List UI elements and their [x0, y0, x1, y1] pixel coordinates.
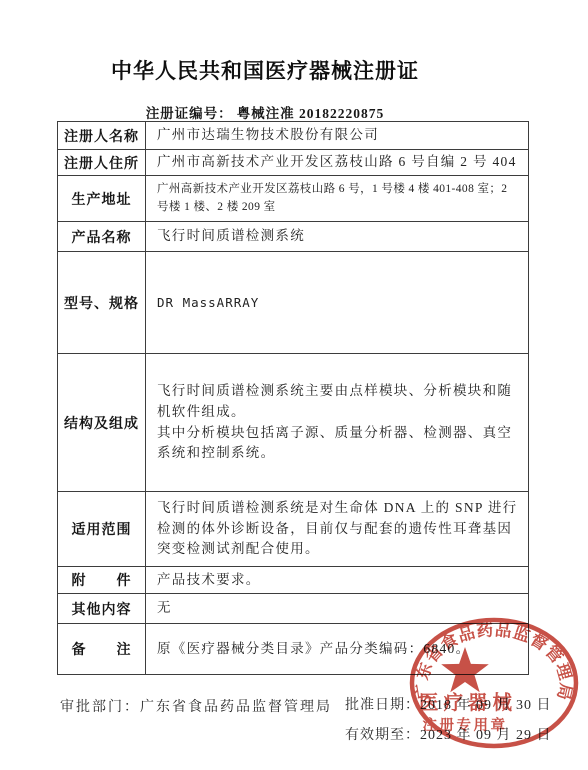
- table-row-registrant-address: 注册人住所 广州市高新技术产业开发区荔枝山路 6 号自编 2 号 404: [58, 149, 528, 175]
- table-row-model-spec: 型号、规格 DR MassARRAY: [58, 251, 528, 353]
- registration-number-line: 注册证编号：粤械注准 20182220875: [0, 102, 530, 122]
- certificate-title: 中华人民共和国医疗器械注册证: [0, 55, 530, 85]
- row-label: 产品名称: [58, 222, 146, 251]
- row-value: 产品技术要求。: [146, 567, 528, 593]
- row-value: 广州高新技术产业开发区荔枝山路 6 号，1 号楼 4 楼 401-408 室；2…: [146, 176, 528, 221]
- certificate-info-table: 注册人名称 广州市达瑞生物技术股份有限公司 注册人住所 广州市高新技术产业开发区…: [57, 121, 529, 675]
- table-row-remarks: 备 注 原《医疗器械分类目录》产品分类编码：6840。: [58, 623, 528, 674]
- approval-date-value: 2018 年 09 月 30 日: [420, 698, 552, 713]
- approval-department-label: 审批部门：: [60, 700, 140, 715]
- certificate-dates: 批准日期：2018 年 09 月 30 日 有效期至：2023 年 09 月 2…: [345, 696, 552, 756]
- table-row-registrant-name: 注册人名称 广州市达瑞生物技术股份有限公司: [58, 122, 528, 149]
- row-label: 型号、规格: [58, 252, 146, 353]
- table-row-production-address: 生产地址 广州高新技术产业开发区荔枝山路 6 号，1 号楼 4 楼 401-40…: [58, 175, 528, 221]
- row-value: 飞行时间质谱检测系统主要由点样模块、分析模块和随机软件组成。 其中分析模块包括离…: [146, 354, 528, 491]
- row-value: 原《医疗器械分类目录》产品分类编码：6840。: [146, 624, 528, 674]
- valid-until-value: 2023 年 09 月 29 日: [420, 728, 552, 743]
- row-value: 广州市高新技术产业开发区荔枝山路 6 号自编 2 号 404: [146, 150, 528, 175]
- approval-date: 批准日期：2018 年 09 月 30 日: [345, 696, 552, 726]
- approval-date-label: 批准日期：: [345, 698, 420, 713]
- row-value: 飞行时间质谱检测系统: [146, 222, 528, 251]
- row-value: 飞行时间质谱检测系统是对生命体 DNA 上的 SNP 进行检测的体外诊断设备，目…: [146, 492, 528, 566]
- row-label: 备 注: [58, 624, 146, 674]
- certificate-page: 中华人民共和国医疗器械注册证 注册证编号：粤械注准 20182220875 注册…: [0, 0, 588, 770]
- table-row-intended-use: 适用范围 飞行时间质谱检测系统是对生命体 DNA 上的 SNP 进行检测的体外诊…: [58, 491, 528, 566]
- certificate-header: 中华人民共和国医疗器械注册证 注册证编号：粤械注准 20182220875: [0, 0, 530, 122]
- table-row-other-content: 其他内容 无: [58, 593, 528, 623]
- registration-number-label: 注册证编号：: [146, 106, 233, 121]
- row-label: 生产地址: [58, 176, 146, 221]
- row-label: 结构及组成: [58, 354, 146, 491]
- row-label: 注册人名称: [58, 122, 146, 149]
- registration-number-value: 粤械注准 20182220875: [237, 106, 385, 121]
- row-value: DR MassARRAY: [146, 252, 528, 353]
- approval-department-value: 广东省食品药品监督管理局: [140, 700, 332, 715]
- table-row-structure-composition: 结构及组成 飞行时间质谱检测系统主要由点样模块、分析模块和随机软件组成。 其中分…: [58, 353, 528, 491]
- row-value: 广州市达瑞生物技术股份有限公司: [146, 122, 528, 149]
- table-row-attachment: 附 件 产品技术要求。: [58, 566, 528, 593]
- approval-department: 审批部门：广东省食品药品监督管理局: [60, 696, 332, 716]
- row-label: 附 件: [58, 567, 146, 593]
- valid-until-date: 有效期至：2023 年 09 月 29 日: [345, 726, 552, 756]
- row-label: 适用范围: [58, 492, 146, 566]
- valid-until-label: 有效期至：: [345, 728, 420, 743]
- row-label: 其他内容: [58, 594, 146, 623]
- row-value: 无: [146, 594, 528, 623]
- row-label: 注册人住所: [58, 150, 146, 175]
- table-row-product-name: 产品名称 飞行时间质谱检测系统: [58, 221, 528, 251]
